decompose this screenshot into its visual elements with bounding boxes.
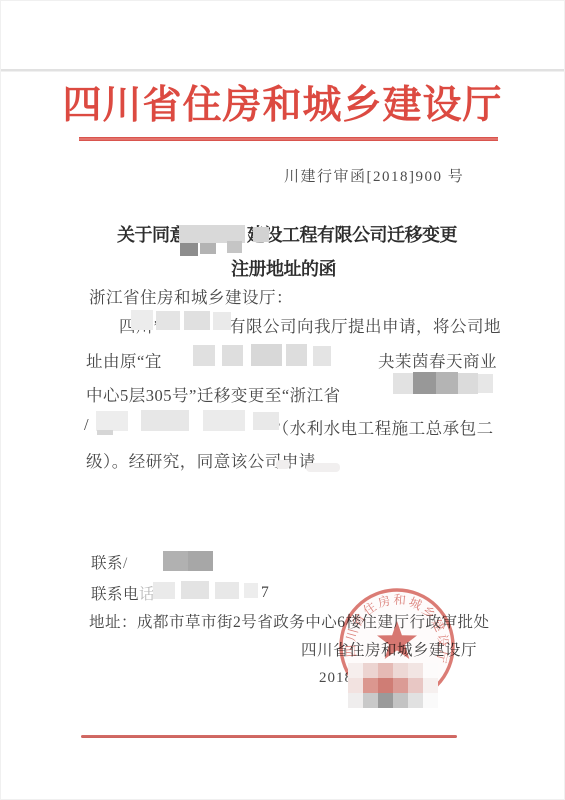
scanned-letter-page: 四川省住房和城乡建设厅 川建行审函[2018]900 号 关于同意’ 建设工程有… [0, 0, 565, 800]
redaction-block [253, 227, 269, 242]
contact-person-line: 联系/ [91, 551, 128, 573]
pixelation-block [378, 693, 393, 708]
contact-phone-visible-digit: 7 [261, 584, 269, 602]
doc-title-line2: 注册地址的函 [231, 255, 336, 281]
doc-title-line1-suffix: 建设工程有限公司迁移变更 [247, 221, 457, 247]
pixelation-block [378, 678, 393, 693]
body-line1-suffix: 有限公司向我厅提出申请，将公司地 [229, 313, 501, 337]
scan-smudge [306, 463, 340, 472]
redaction-block [97, 430, 113, 435]
redaction-block [188, 551, 213, 571]
redaction-block [222, 345, 243, 366]
salutation: 浙江省住房和城乡建设厅： [89, 284, 293, 308]
contact-person-partial-char: / [123, 555, 128, 572]
redaction-block [458, 373, 478, 394]
pixelation-block [393, 678, 408, 693]
redaction-block [286, 344, 307, 366]
redaction-block [251, 344, 282, 366]
pixelation-block [408, 693, 423, 708]
letterhead-agency-title: 四川省住房和城乡建设厅 [62, 74, 502, 130]
redaction-block [244, 583, 258, 598]
contact-person-label: 联系 [91, 555, 123, 572]
body-line2-suffix: 夬茉茵春天商业 [378, 348, 497, 372]
redaction-block [163, 551, 188, 571]
footer-red-line [81, 735, 457, 738]
document-number: 川建行审函[2018]900 号 [284, 165, 464, 186]
redaction-block [181, 581, 209, 599]
redaction-block [141, 410, 189, 431]
redaction-block [193, 345, 215, 366]
contact-phone-label: 联系电 [91, 586, 139, 603]
pixelation-block [423, 663, 438, 678]
redaction-block [478, 374, 493, 393]
pixelation-block [408, 678, 423, 693]
body-line5: 级）。经研究，同意该公司申请。 [86, 448, 333, 472]
redaction-block [227, 241, 242, 253]
redaction-block [96, 411, 128, 431]
redaction-block [313, 346, 331, 366]
redaction-block [213, 312, 231, 330]
pixelation-block [363, 693, 378, 708]
redaction-block [253, 412, 279, 430]
redaction-block [180, 243, 198, 256]
pixelation-block [423, 678, 438, 693]
letterhead-divider-line [79, 137, 498, 141]
body-line4-prefix: / [84, 415, 89, 435]
redaction-block [393, 373, 413, 394]
redaction-block [203, 410, 245, 431]
body-line4-suffix: ”（水利水电工程施工总承包二 [273, 415, 494, 439]
redaction-block [156, 311, 180, 330]
pixelation-block [348, 693, 363, 708]
pixelation-block [393, 693, 408, 708]
body-line3: 中心5层305号”迁移变更至“浙江省 [86, 382, 341, 406]
pixelation-block [378, 663, 393, 678]
body-line2-prefix: 址由原“宜 [86, 348, 162, 372]
pixelation-block [393, 663, 408, 678]
pixelation-block [363, 678, 378, 693]
redaction-block [413, 372, 436, 394]
pixelation-block [408, 663, 423, 678]
pixelation-block [363, 663, 378, 678]
redaction-block [200, 243, 216, 254]
redaction-block [153, 582, 175, 599]
redaction-block [215, 582, 239, 599]
pixelation-block [423, 693, 438, 708]
redaction-block [436, 372, 458, 394]
pixelation-block [348, 663, 363, 678]
redaction-block [131, 310, 153, 330]
scan-artifact-line [1, 71, 565, 72]
redaction-block [184, 311, 210, 330]
pixelation-block [348, 678, 363, 693]
scan-smudge [276, 460, 290, 469]
